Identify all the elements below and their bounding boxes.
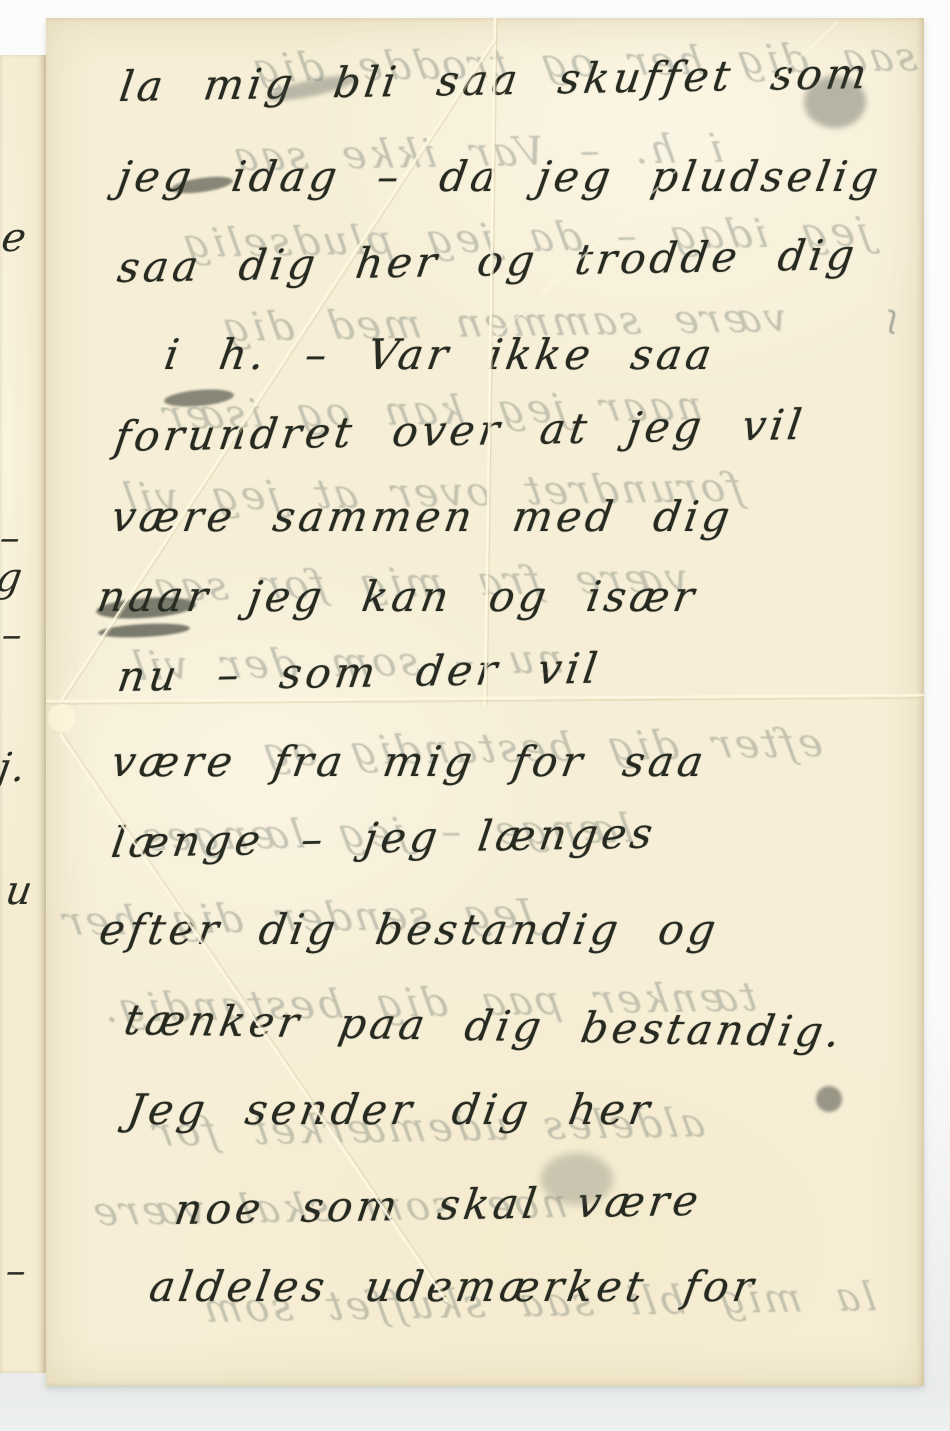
letter-page: saa dig her og trodde digi h. – Var ikke… <box>46 18 924 1386</box>
handwritten-line: naar jeg kan og især <box>94 572 701 621</box>
handwritten-line: længe – jeg længes <box>109 809 660 867</box>
handwritten-line: nu – som der vil <box>115 644 605 701</box>
left-page-ink-fragment: g <box>0 555 27 601</box>
letter-scan: e–g–j.u– saa dig her og trodde digi h. –… <box>0 0 950 1431</box>
handwritten-line: være fra mig for saa <box>108 737 711 786</box>
ink-smear <box>804 76 866 128</box>
handwritten-line: være sammen med dig <box>108 492 737 541</box>
left-page-ink-fragment: u <box>2 868 37 914</box>
handwritten-line: noe som skal være <box>172 1176 706 1234</box>
handwritten-line: Jeg sender dig her <box>124 1085 657 1134</box>
handwritten-line: la mig bli saa skuffet som <box>117 49 874 111</box>
ink-blot <box>816 1086 842 1112</box>
gray-smudge <box>541 1153 613 1205</box>
handwritten-line: aldeles udemærket for <box>146 1262 761 1311</box>
handwritten-line: i h. – Var ikke saa <box>161 330 719 379</box>
left-page-ink-fragment: – <box>2 1248 31 1294</box>
left-page-strip: e–g–j.u– <box>0 55 46 1373</box>
left-page-ink-fragment: e <box>0 215 31 261</box>
left-page-ink-fragment: – <box>0 612 28 658</box>
edge-bleed-mark: ʅ <box>882 299 904 336</box>
ink-smear <box>98 622 191 640</box>
left-page-ink-fragment: j. <box>0 745 31 791</box>
handwritten-line: jeg idag – da jeg pludselig <box>114 152 886 201</box>
handwritten-line: efter dig bestandig og <box>96 905 723 954</box>
